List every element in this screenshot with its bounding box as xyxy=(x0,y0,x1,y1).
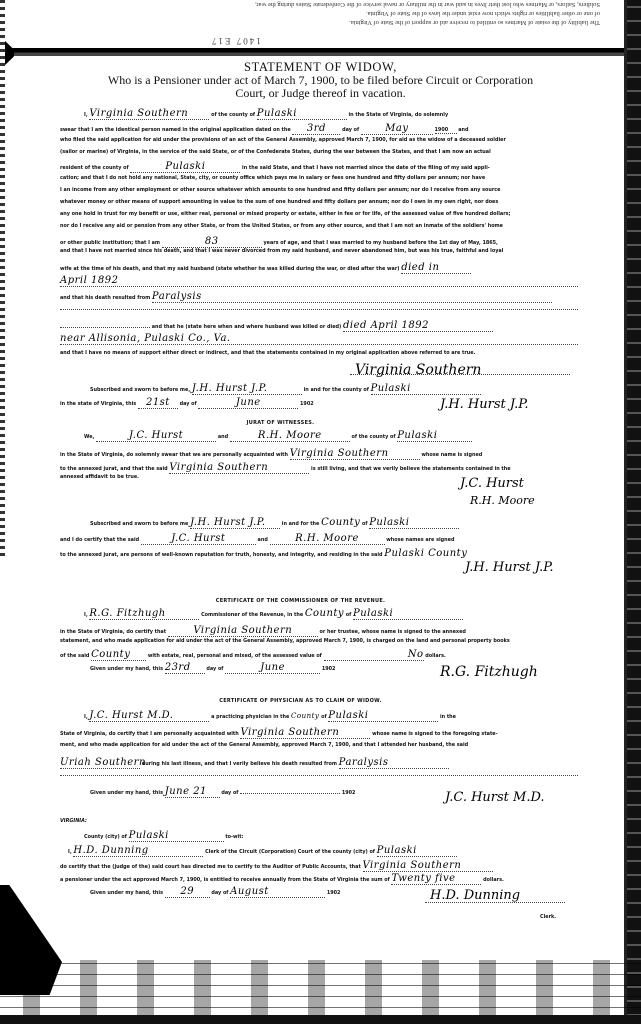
clerk-signature: H.D. Dunning xyxy=(430,888,520,903)
label: is still living, and that we verily beli… xyxy=(311,466,511,472)
witness2-field: R.H. Moore xyxy=(230,430,350,442)
statement-line-7: I an income from any other employment or… xyxy=(60,187,578,193)
label: of xyxy=(321,714,327,720)
label: of the said xyxy=(60,653,89,659)
label: to the annexed jurat, and that the said xyxy=(60,466,168,472)
label: whose name is signed xyxy=(421,452,482,458)
upside-down-text: The liability of the estate of Marines s… xyxy=(60,0,600,27)
oath-county-field: Pulaski xyxy=(371,383,481,395)
commissioner-day-field: 23rd xyxy=(165,662,205,674)
commissioner-claimant-field: Virginia Southern xyxy=(168,625,318,637)
commissioner-name-field: R.G. Fitzhugh xyxy=(89,608,199,620)
clerk-state-label: VIRGINIA: xyxy=(60,818,578,824)
label: Given under my hand, this xyxy=(90,666,163,672)
statement-line-1: I, Virginia Southern of the county of Pu… xyxy=(60,108,578,120)
jurat-line-2: in the State of Virginia, do solemnly sw… xyxy=(60,448,578,460)
physician-heading: CERTIFICATE OF PHYSICIAN AS TO CLAIM OF … xyxy=(0,698,621,704)
clerk-sum-field: Twenty five xyxy=(391,873,481,885)
label: of xyxy=(346,612,352,618)
statement-line-3: who filed the said application for aid u… xyxy=(60,137,578,143)
acquainted-with-field: Virginia Southern xyxy=(290,448,420,460)
label: during his last illness, and that I veri… xyxy=(142,761,337,767)
jurat-repute-line: to the annexed jurat, are persons of wel… xyxy=(60,548,578,559)
label: in the xyxy=(440,714,456,720)
cert-witness1-field: J.C. Hurst xyxy=(141,533,256,545)
application-year-field: 1900 xyxy=(435,127,457,134)
physician-cause-field: Paralysis xyxy=(339,757,449,769)
blank-dotted-line xyxy=(60,775,578,776)
death-place-field: near Allisonia, Pulaski Co., Va. xyxy=(60,333,578,345)
physician-name-field: J.C. Hurst M.D. xyxy=(89,710,209,722)
signature-line xyxy=(350,374,570,375)
statement-line-6: cation; and that I do not hold any natio… xyxy=(60,175,578,181)
husband-name-field: Uriah Southern xyxy=(60,757,140,769)
statement-line-8: whatever money or other means of support… xyxy=(60,199,578,205)
blank-dotted-line xyxy=(60,309,578,310)
death-cause-field: Paralysis xyxy=(152,291,552,303)
statement-line-15: and that he (state here when and where h… xyxy=(60,320,578,332)
label: in the State of Virginia, do certify tha… xyxy=(60,629,166,635)
statement-line-12: and that I have not married since his de… xyxy=(60,248,578,254)
witness1-signature: J.C. Hurst xyxy=(460,476,524,491)
label: day of xyxy=(221,790,238,796)
label: in the said State, and that I have not m… xyxy=(242,165,490,171)
jurat-oath-line: Subscribed and sworn to before me J.H. H… xyxy=(60,517,578,529)
label: Clerk of the Circuit (Corporation) Court… xyxy=(205,849,375,855)
jurat-officer-field: J.H. Hurst J.P. xyxy=(190,517,280,529)
death-date-field: April 1892 xyxy=(60,275,578,287)
label: and I do certify that the said xyxy=(60,537,139,543)
clerk-name-field: H.D. Dunning xyxy=(73,845,203,857)
document-subtitle-2: Court, or Judge thereof in vacation. xyxy=(0,86,641,101)
strip-line: Soldiers, Sailors, or Marines who lost t… xyxy=(60,0,600,9)
jurat-jurisdiction-field: County xyxy=(321,517,360,528)
page-fold-shadow xyxy=(0,48,641,56)
physician-line-1: I, J.C. Hurst M.D. a practicing physicia… xyxy=(60,710,578,722)
clerk-court-county-field: Pulaski xyxy=(377,845,457,857)
clerk-label: Clerk. xyxy=(540,914,580,920)
witness2-signature: R.H. Moore xyxy=(470,494,535,507)
jurat-line-3: to the annexed jurat, and that the said … xyxy=(60,462,578,474)
label: in the State of Virginia, do solemnly xyxy=(348,112,448,118)
label: whose name is signed to the foregoing st… xyxy=(372,731,497,737)
oath-year: 1902 xyxy=(300,401,314,407)
commissioner-jurisdiction-field: County xyxy=(305,608,344,619)
jurat-oath-county-field: Pulaski xyxy=(369,517,459,529)
physician-line-4: Uriah Southern during his last illness, … xyxy=(60,757,578,769)
label: or other public institution; that I am xyxy=(60,240,160,246)
label: I, xyxy=(84,612,88,618)
clerk-signature-line xyxy=(425,902,565,903)
statement-blank-line xyxy=(60,306,578,312)
label: and that he (state here when and where h… xyxy=(152,324,342,330)
clerk-county-field: Pulaski xyxy=(129,830,224,842)
oath-officer-field: J.H. Hurst J.P. xyxy=(192,383,302,395)
label: and that his death resulted from xyxy=(60,295,150,301)
clerk-year: 1902 xyxy=(327,890,341,896)
label: whose names are signed xyxy=(386,537,454,543)
label: in the state of Virginia, this xyxy=(60,401,136,407)
clerk-month-field: August xyxy=(230,886,325,898)
jurat-county-field: Pulaski xyxy=(397,430,472,442)
oath-line-1: Subscribed and sworn to before me, J.H. … xyxy=(60,383,578,395)
physician-line-2: State of Virginia, do certify that I am … xyxy=(60,727,578,739)
label: or her trustee, whose name is signed to … xyxy=(319,629,465,635)
clerk-line-3: do certify that the (judge of the) said … xyxy=(60,860,578,872)
label: to-wit: xyxy=(225,834,243,840)
label: of the county of xyxy=(352,434,396,440)
label: years of age, and that I was married to … xyxy=(263,240,497,246)
death-status-field: died in xyxy=(401,262,471,274)
statement-line-15b: near Allisonia, Pulaski Co., Va. xyxy=(60,333,578,345)
scanned-document-page: The liability of the estate of Marines s… xyxy=(0,0,641,1024)
residence-county-field: Pulaski xyxy=(130,161,240,173)
label: County (city) of xyxy=(84,834,127,840)
widow-name-field: Virginia Southern xyxy=(89,108,209,120)
statement-line-14: and that his death resulted from Paralys… xyxy=(60,291,578,303)
label: day of xyxy=(180,401,197,407)
label: Commissioner of the Revenue, in the xyxy=(201,612,303,618)
assessed-value-field: No xyxy=(324,649,424,661)
commissioner-month-field: June xyxy=(225,662,320,674)
label: wife at the time of his death, and that … xyxy=(60,266,399,272)
physician-county-field: Pulaski xyxy=(328,710,438,722)
label: resident of the county of xyxy=(60,165,129,171)
county-field: Pulaski xyxy=(257,108,347,120)
witness1-field: J.C. Hurst xyxy=(96,430,216,442)
statement-line-13b: April 1892 xyxy=(60,275,578,287)
label: a practicing physician in the xyxy=(211,714,289,720)
cert-witness2-field: R.H. Moore xyxy=(270,533,385,545)
right-page-edge xyxy=(627,0,641,1024)
commissioner-line-3: statement, and who made application for … xyxy=(60,638,578,644)
physician-jurisdiction-field: County xyxy=(291,712,319,720)
label: Subscribed and sworn to before me xyxy=(90,521,188,527)
books-of-field: County xyxy=(91,649,146,661)
clerk-line-4: a pensioner under the act approved March… xyxy=(60,873,578,885)
blank-dotted-line xyxy=(60,327,150,328)
strip-line: of one or other liabilities or rights wh… xyxy=(60,9,600,18)
label: Subscribed and sworn to before me, xyxy=(90,387,190,393)
clerk-line-2: I, H.D. Dunning Clerk of the Circuit (Co… xyxy=(60,845,578,857)
label: and xyxy=(218,434,228,440)
label: in and for the county of xyxy=(304,387,369,393)
statement-line-11: or other public institution; that I am 8… xyxy=(60,236,578,248)
label: day of xyxy=(342,127,359,133)
commissioner-line-4: of the said County with estate, real, pe… xyxy=(60,649,578,661)
statement-line-10: nor do I receive any aid or pension from… xyxy=(60,223,578,229)
label: day of xyxy=(206,666,223,672)
label: of xyxy=(362,521,368,527)
label: I, xyxy=(84,112,88,118)
label: and xyxy=(258,537,268,543)
label: swear that I am the identical person nam… xyxy=(60,127,291,133)
jurat-heading: JURAT OF WITNESSES. xyxy=(0,420,601,426)
physician-day-field: June 21 xyxy=(165,786,220,798)
statement-line-4: (sailor or marine) of Virginia, in the s… xyxy=(60,149,578,155)
commissioner-line-1: I, R.G. Fitzhugh Commissioner of the Rev… xyxy=(60,608,578,620)
clerk-pensioner-field: Virginia Southern xyxy=(363,860,493,872)
label: with estate, real, personal and mixed, o… xyxy=(148,653,322,659)
physician-line-3: ment, and who made application for aid u… xyxy=(60,742,578,748)
upside-down-page-strip: The liability of the estate of Marines s… xyxy=(60,0,600,44)
oath-month-field: June xyxy=(198,397,298,409)
label: in the State of Virginia, do solemnly sw… xyxy=(60,452,288,458)
label: I, xyxy=(84,714,88,720)
label: dollars. xyxy=(483,877,504,883)
label: in and for the xyxy=(282,521,320,527)
still-living-field: Virginia Southern xyxy=(169,462,309,474)
label: and xyxy=(458,127,468,133)
jurat-officer-signature: J.H. Hurst J.P. xyxy=(465,560,553,575)
application-month-field: May xyxy=(361,123,433,135)
commissioner-line-2: in the State of Virginia, do certify tha… xyxy=(60,625,578,637)
age-field: 83 xyxy=(162,236,262,248)
widow-signature: Virginia Southern xyxy=(355,362,481,378)
physician-signature: J.C. Hurst M.D. xyxy=(445,790,545,805)
statement-line-9: any one hold in trust for my benefit or … xyxy=(60,211,578,217)
residing-in-field: Pulaski County xyxy=(384,548,467,559)
clerk-day-field: 29 xyxy=(165,886,210,898)
label: We, xyxy=(84,434,94,440)
physician-blank-line xyxy=(60,772,578,778)
label: do certify that the (judge of the) said … xyxy=(60,864,361,870)
statement-line-2: swear that I am the identical person nam… xyxy=(60,123,578,135)
commissioner-county-field: Pulaski xyxy=(353,608,463,620)
label: to the annexed jurat, are persons of wel… xyxy=(60,552,383,558)
label: Given under my hand, this xyxy=(90,890,163,896)
label: day of xyxy=(211,890,228,896)
statement-line-5: resident of the county of Pulaski in the… xyxy=(60,161,578,173)
clerk-county-line: County (city) of Pulaski to-wit: xyxy=(60,830,578,842)
physician-acquainted-field: Virginia Southern xyxy=(240,727,370,739)
label: of the county of xyxy=(211,112,255,118)
jurat-certify-line: and I do certify that the said J.C. Hurs… xyxy=(60,533,578,545)
application-day-field: 3rd xyxy=(292,123,340,135)
physician-year: 1902 xyxy=(342,790,356,796)
commissioner-signature: R.G. Fitzhugh xyxy=(440,664,538,680)
form-number: 1407 E17 xyxy=(210,36,261,46)
label: Given under my hand, this xyxy=(90,790,163,796)
jurat-line-1: We, J.C. Hurst and R.H. Moore of the cou… xyxy=(60,430,578,442)
oath-officer-signature: J.H. Hurst J.P. xyxy=(440,397,528,412)
death-when-field: died April 1892 xyxy=(343,320,493,332)
page-bottom-edge xyxy=(0,1015,641,1024)
statement-line-13: wife at the time of his death, and that … xyxy=(60,262,578,274)
label: State of Virginia, do certify that I am … xyxy=(60,731,239,737)
commissioner-heading: CERTIFICATE OF THE COMMISSIONER OF THE R… xyxy=(0,598,621,604)
blank-dotted-line xyxy=(240,793,340,794)
strip-line: The liability of the estate of Marines s… xyxy=(60,18,600,27)
statement-line-16: and that I have no means of support eith… xyxy=(60,350,578,356)
label: dollars. xyxy=(425,653,446,659)
oath-day-field: 21st xyxy=(138,397,178,409)
commissioner-year: 1902 xyxy=(322,666,336,672)
label: I, xyxy=(68,849,72,855)
label: a pensioner under the act approved March… xyxy=(60,877,390,883)
